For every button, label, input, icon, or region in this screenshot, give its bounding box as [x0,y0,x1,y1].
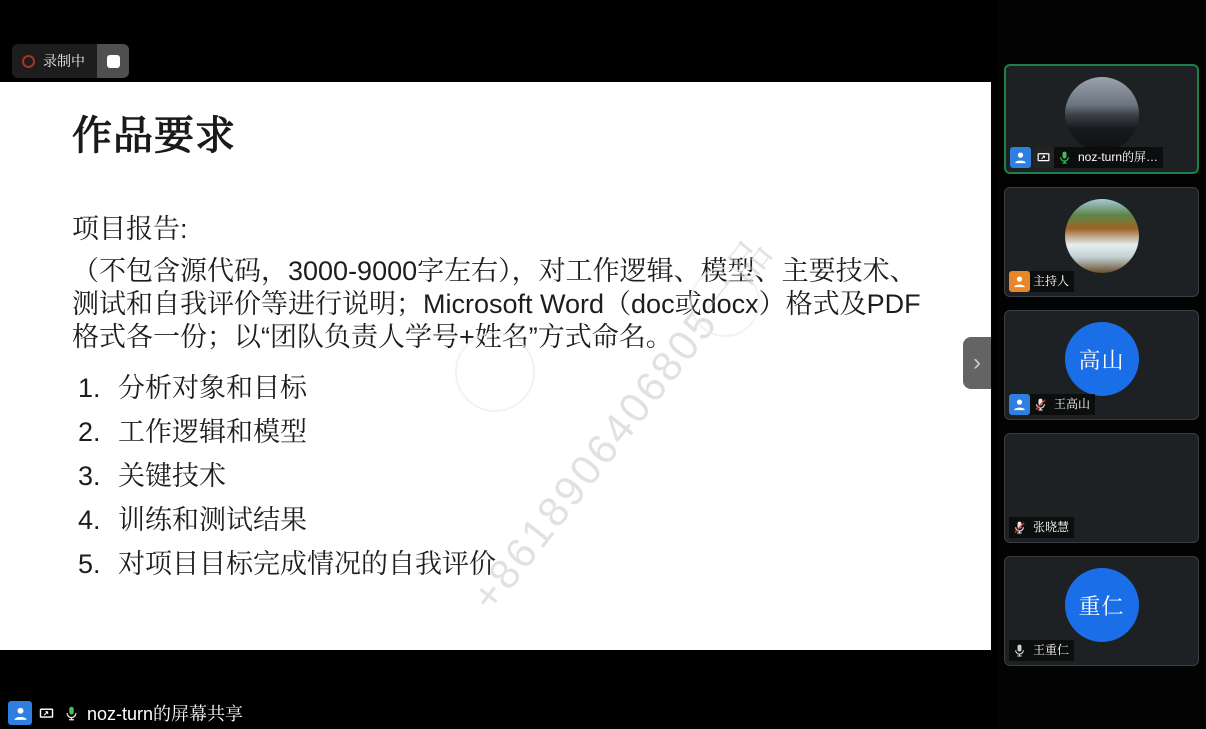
mic-muted-icon [1030,394,1051,415]
list-number: 2. [72,410,118,454]
avatar [1065,77,1139,151]
meeting-window: 录制中 +8618906406805一品 作品要求 项目报告: （不包含源代码，… [0,0,1206,729]
list-text: 分析对象和目标 [118,366,307,410]
participant-strip: 王高山 [1009,394,1095,415]
list-number: 4. [72,498,118,542]
participant-name: 王重仁 [1030,640,1074,661]
avatar: 重仁 [1065,568,1139,642]
screen-share-icon [1033,147,1054,168]
participant-strip: 张晓慧 [1009,517,1074,538]
participant-user-icon [1010,147,1031,168]
participant-name: 张晓慧 [1030,517,1074,538]
user-icon [8,701,32,725]
share-banner-label: noz-turn的屏幕共享 [87,700,243,726]
list-text: 对项目目标完成情况的自我评价 [118,542,496,586]
participant-tile[interactable]: 重仁 王重仁 [1004,556,1199,666]
screen-share-stage: 录制中 +8618906406805一品 作品要求 项目报告: （不包含源代码，… [0,0,997,729]
avatar [1065,199,1139,273]
participant-tile[interactable]: 高山 王高山 [1004,310,1199,420]
recording-control: 录制中 [12,44,129,78]
recording-icon [22,55,35,68]
recording-label: 录制中 [43,51,85,71]
slide-paragraph: （不包含源代码，3000-9000字左右），对工作逻辑、模型、主要技术、测试和自… [72,255,924,354]
participant-tile[interactable]: 主持人 [1004,187,1199,297]
host-user-icon [1009,271,1030,292]
mic-muted-icon [1009,517,1030,538]
recording-indicator: 录制中 [12,44,97,78]
participant-strip: 主持人 [1009,271,1074,292]
presentation-slide: +8618906406805一品 作品要求 项目报告: （不包含源代码，3000… [0,82,991,650]
slide-intro: 项目报告: [72,207,931,246]
avatar [1065,445,1139,519]
slide-list-item: 1.分析对象和目标 [72,366,931,410]
slide-title: 作品要求 [72,104,931,161]
slide-list: 1.分析对象和目标2.工作逻辑和模型3.关键技术4.训练和测试结果5.对项目目标… [72,366,931,586]
slide-list-item: 4.训练和测试结果 [72,498,931,542]
participant-strip: 王重仁 [1009,640,1074,661]
stop-icon [107,55,120,68]
chevron-right-icon: › [973,349,981,376]
avatar: 高山 [1065,322,1139,396]
participant-strip: noz-turn的屏… [1010,147,1163,168]
mic-idle-icon [1009,640,1030,661]
participant-name: 主持人 [1030,271,1074,292]
mic-on-icon [1054,147,1075,168]
stop-recording-button[interactable] [97,44,129,78]
participant-tile[interactable]: 张晓慧 [1004,433,1199,543]
participant-name: 王高山 [1051,394,1095,415]
screen-share-icon [35,702,57,724]
list-text: 关键技术 [118,454,226,498]
list-number: 1. [72,366,118,410]
participants-panel[interactable]: noz-turn的屏… 主持人 高山 王高山 张晓慧 重仁 王重仁 [997,0,1206,729]
list-number: 5. [72,542,118,586]
collapse-panel-button[interactable]: › [963,337,991,389]
share-banner: noz-turn的屏幕共享 [8,700,243,726]
slide-list-item: 5.对项目目标完成情况的自我评价 [72,542,931,586]
mic-on-icon [60,702,82,724]
list-text: 训练和测试结果 [118,498,307,542]
list-text: 工作逻辑和模型 [118,410,307,454]
slide-list-item: 3.关键技术 [72,454,931,498]
list-number: 3. [72,454,118,498]
participant-user-icon [1009,394,1030,415]
participant-tile[interactable]: noz-turn的屏… [1004,64,1199,174]
participant-name: noz-turn的屏… [1075,147,1163,168]
slide-list-item: 2.工作逻辑和模型 [72,410,931,454]
